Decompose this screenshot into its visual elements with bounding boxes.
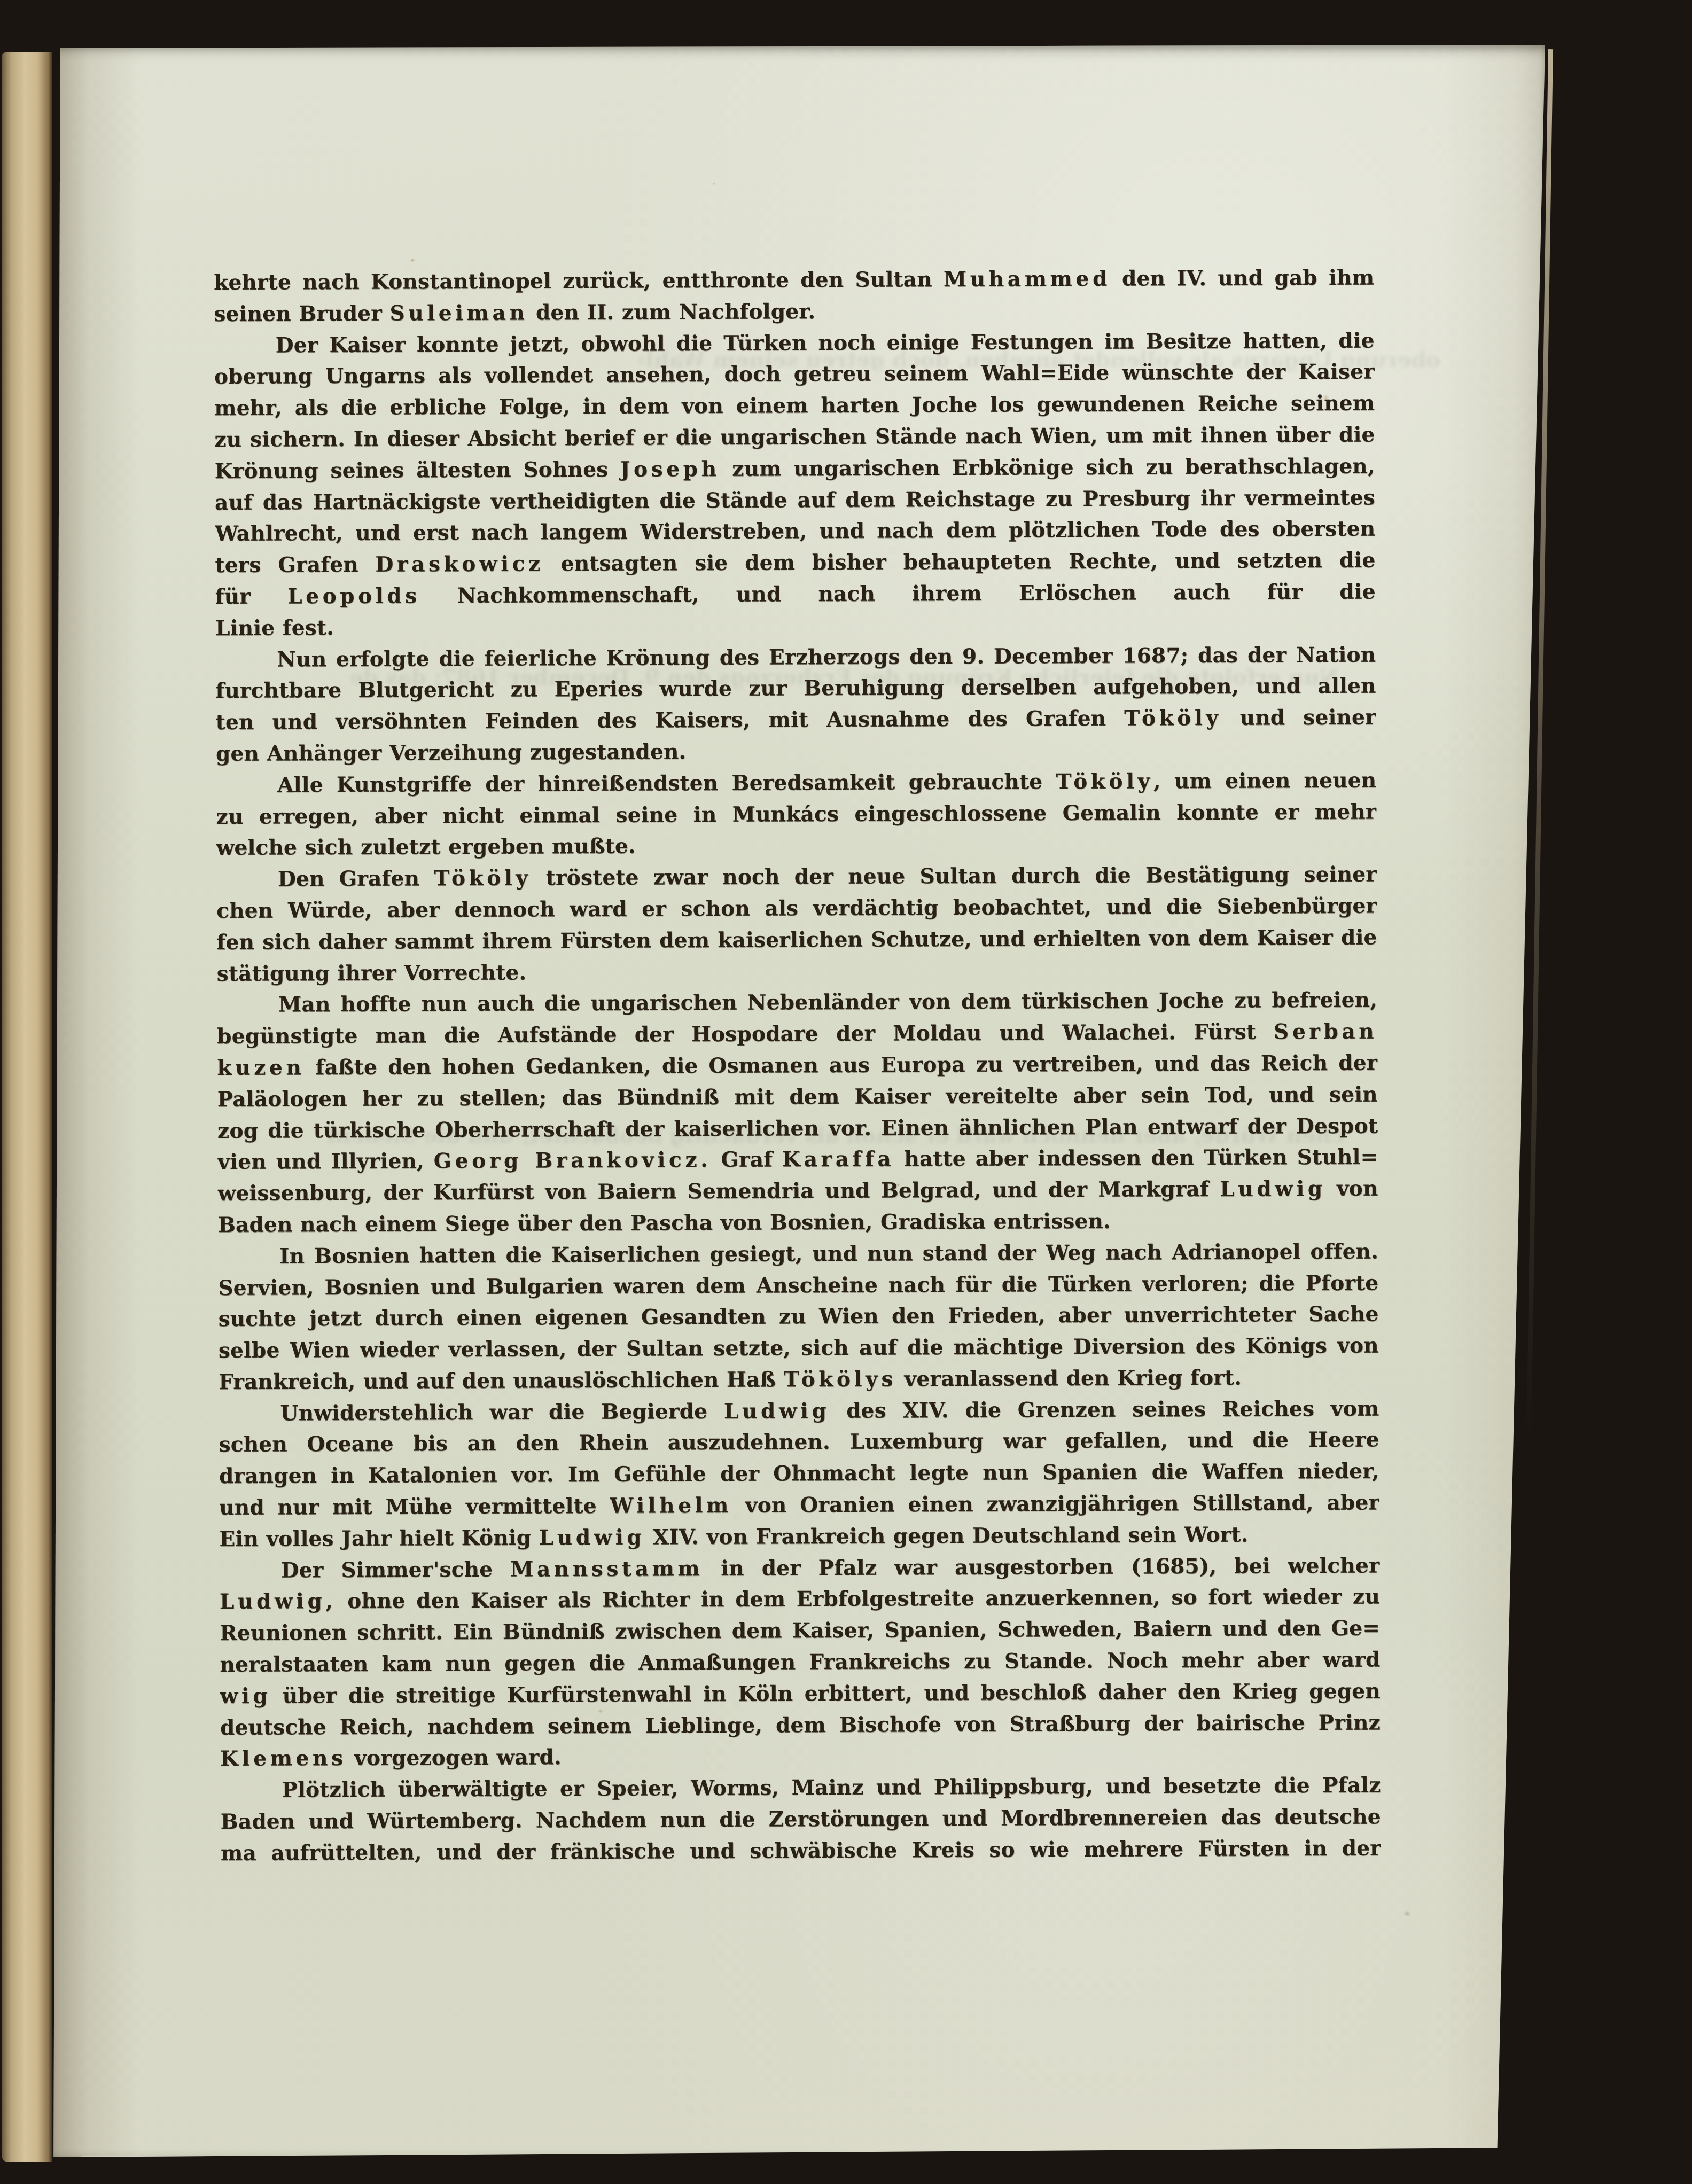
text-line: ten und versöhnten Feinden des Kaisers, … xyxy=(216,702,1376,738)
letterspaced-name: Ludwig xyxy=(539,1525,645,1550)
text-line: vien und Illyrien, Georg Brankovicz. Gra… xyxy=(217,1142,1378,1178)
text-line: weissenburg, der Kurfürst von Baiern Sem… xyxy=(217,1173,1378,1210)
text-line: Linie fest. xyxy=(215,607,1376,644)
text-segment: begünstigte man die Aufstände der Hospod… xyxy=(217,1019,1274,1049)
letterspaced-name: Tököly xyxy=(1056,769,1153,794)
text-line: Klemens vorgezogen ward. xyxy=(220,1738,1381,1775)
text-line: und nur mit Mühe vermittelte Wilhelm von… xyxy=(219,1487,1379,1524)
text-line: schen Oceane bis an den Rhein auszudehne… xyxy=(219,1424,1379,1461)
page-text: kehrte nach Konstantinopel zurück, entth… xyxy=(214,262,1381,1869)
text-line: In Bosnien hatten die Kaiserlichen gesie… xyxy=(218,1236,1378,1272)
text-segment: ters Grafen xyxy=(215,552,375,578)
text-segment: kehrte nach Konstantinopel zurück, entth… xyxy=(214,267,944,295)
text-line: für Leopolds Nachkommenschaft, und nach … xyxy=(215,576,1376,612)
text-segment: neralstaaten kam nun gegen die Anmaßunge… xyxy=(220,1648,1380,1677)
letterspaced-name: Tököly xyxy=(1124,706,1222,731)
text-segment: Den Grafen xyxy=(278,866,434,891)
letterspaced-name: Ludwig, xyxy=(220,1589,337,1614)
text-segment: weissenburg, der Kurfürst von Baiern Sem… xyxy=(217,1177,1220,1206)
text-line: zu erregen, aber nicht einmal seine in M… xyxy=(216,796,1376,832)
paragraph: Der Kaiser konnte jetzt, obwohl die Türk… xyxy=(214,325,1376,644)
letterspaced-name: Ludwig xyxy=(1220,1176,1326,1202)
text-segment: XIV. von Frankreich gegen Deutschland se… xyxy=(645,1522,1249,1549)
letterspaced-name: Georg Brankovicz. xyxy=(434,1148,712,1173)
text-line: kuzen faßte den hohen Gedanken, die Osma… xyxy=(217,1047,1377,1083)
text-segment: über die streitige Kurfürstenwahl in Köl… xyxy=(220,1679,1381,1712)
text-line: chen Würde, aber dennoch ward er schon a… xyxy=(216,890,1377,926)
text-line: Frankreich, und auf den unauslöschlichen… xyxy=(219,1361,1379,1398)
letterspaced-name: Joseph xyxy=(620,457,720,482)
letterspaced-name: Mannsstamm xyxy=(510,1556,703,1582)
text-line: Krönung seines ältesten Sohnes Joseph zu… xyxy=(215,450,1375,487)
paragraph: Der Simmer'sche Mannsstamm in der Pfalz … xyxy=(220,1550,1381,1775)
paragraph: Nun erfolgte die feierliche Krönung des … xyxy=(215,639,1376,770)
text-line: seinen Bruder Suleiman den II. zum Nachf… xyxy=(214,293,1374,330)
text-segment: vorgezogen ward. xyxy=(346,1745,561,1771)
text-line: auf das Hartnäckigste vertheidigten die … xyxy=(215,482,1375,518)
text-line: gen Anhänger Verzeihung zugestanden. xyxy=(216,733,1376,769)
text-segment: für xyxy=(215,584,288,609)
text-segment: den II. zum Nachfolger. xyxy=(528,299,815,325)
letterspaced-name: kuzen xyxy=(217,1055,305,1080)
text-line: Den Grafen Tököly tröstete zwar noch der… xyxy=(216,859,1377,895)
letterspaced-name: wig xyxy=(220,1683,271,1708)
text-line: stätigung ihrer Vorrechte. xyxy=(217,953,1377,989)
letterspaced-name: Ludwig xyxy=(724,1399,830,1424)
text-segment: Alle Kunstgriffe der hinreißendsten Bere… xyxy=(277,769,1056,797)
facing-page-edge xyxy=(2,52,52,2162)
paragraph: kehrte nach Konstantinopel zurück, entth… xyxy=(214,262,1374,330)
text-line: Nun erfolgte die feierliche Krönung des … xyxy=(215,639,1376,675)
text-line: Der Kaiser konnte jetzt, obwohl die Türk… xyxy=(214,325,1375,361)
paragraph: Man hoffte nun auch die ungarischen Nebe… xyxy=(217,985,1378,1241)
text-line: ma aufrüttelten, und der fränkische und … xyxy=(221,1832,1381,1869)
text-segment: den IV. und gab ihm xyxy=(1111,266,1375,291)
text-line: Baden und Würtemberg. Nachdem nun die Ze… xyxy=(221,1801,1381,1838)
text-segment: Der Simmer'sche xyxy=(281,1557,511,1582)
text-line: zu sichern. In dieser Absicht berief er … xyxy=(214,419,1375,456)
text-line: mehr, als die erbliche Folge, in dem von… xyxy=(214,388,1375,424)
text-line: drangen in Katalonien vor. Im Gefühle de… xyxy=(219,1456,1379,1492)
text-line: Plötzlich überwältigte er Speier, Worms,… xyxy=(220,1770,1381,1806)
text-line: Man hoffte nun auch die ungarischen Nebe… xyxy=(217,985,1377,1021)
paragraph: Den Grafen Tököly tröstete zwar noch der… xyxy=(216,859,1377,990)
scan-background: { "scan": { "background_color": "#1a1511… xyxy=(0,0,1692,2184)
letterspaced-name: Leopolds xyxy=(287,583,420,609)
text-segment: und nur mit Mühe vermittelte xyxy=(219,1494,610,1520)
text-segment: hatte aber indessen den Türken Stuhl= xyxy=(894,1145,1378,1172)
text-segment: Krönung seines ältesten Sohnes xyxy=(215,457,620,483)
text-line: Baden nach einem Siege über den Pascha v… xyxy=(218,1204,1378,1241)
text-line: suchte jetzt durch einen eigenen Gesandt… xyxy=(218,1299,1378,1335)
text-line: Unwiderstehlich war die Begierde Ludwig … xyxy=(219,1393,1379,1429)
letterspaced-name: Tököly xyxy=(434,866,532,891)
text-line: Paläologen her zu stellen; das Bündniß m… xyxy=(217,1079,1378,1115)
paragraph: In Bosnien hatten die Kaiserlichen gesie… xyxy=(218,1236,1379,1398)
letterspaced-name: Wilhelm xyxy=(610,1493,732,1518)
text-line: neralstaaten kam nun gegen die Anmaßunge… xyxy=(220,1644,1380,1681)
text-segment: vien und Illyrien, xyxy=(217,1149,434,1175)
letterspaced-name: Draskowicz xyxy=(375,551,543,576)
text-line: zog die türkische Oberherrschaft der kai… xyxy=(217,1110,1378,1146)
text-segment: Ein volles Jahr hielt König xyxy=(219,1525,539,1551)
text-line: begünstigte man die Aufstände der Hospod… xyxy=(217,1016,1377,1052)
letterspaced-name: Suleiman xyxy=(389,300,528,325)
paragraph: Unwiderstehlich war die Begierde Ludwig … xyxy=(219,1393,1379,1555)
text-segment: von xyxy=(1326,1176,1378,1201)
text-line: ters Grafen Draskowicz entsagten sie dem… xyxy=(215,545,1375,581)
letterspaced-name: Karaffa xyxy=(782,1147,894,1172)
text-line: fen sich daher sammt ihrem Fürsten dem k… xyxy=(216,922,1377,958)
text-line: furchtbare Blutgericht zu Eperies wurde … xyxy=(215,670,1376,707)
text-line: oberung Ungarns als vollendet ansehen, d… xyxy=(214,356,1375,393)
text-line: Wahlrecht, und erst nach langem Widerstr… xyxy=(215,513,1375,550)
text-line: Ludwig, ohne den Kaiser als Richter in d… xyxy=(220,1581,1380,1618)
text-segment: faßte den hohen Gedanken, die Osmanen au… xyxy=(305,1050,1377,1080)
text-line: Alle Kunstgriffe der hinreißendsten Bere… xyxy=(216,765,1376,801)
text-segment: deutsche Reich, nachdem seinem Lieblinge… xyxy=(220,1710,1381,1740)
text-segment: ten und versöhnten Feinden des Kaisers, … xyxy=(216,706,1125,735)
text-segment: veranlassend den Krieg fort. xyxy=(896,1366,1242,1392)
text-segment: ohne den Kaiser als Richter in dem Erbfo… xyxy=(220,1585,1380,1618)
letterspaced-name: Klemens xyxy=(220,1746,347,1771)
text-segment: Unwiderstehlich war die Begierde xyxy=(280,1399,724,1426)
text-line: kehrte nach Konstantinopel zurück, entth… xyxy=(214,262,1374,299)
text-line: Servien, Bosnien und Bulgarien waren dem… xyxy=(218,1267,1378,1304)
text-line: deutsche Reich, nachdem seinem Lieblinge… xyxy=(220,1707,1381,1743)
text-line: Der Simmer'sche Mannsstamm in der Pfalz … xyxy=(220,1550,1380,1586)
text-line: wig über die streitige Kurfürstenwahl in… xyxy=(220,1675,1381,1712)
letterspaced-name: Muhammed xyxy=(944,267,1111,292)
text-line: Reunionen schritt. Ein Bündniß zwischen … xyxy=(220,1613,1380,1649)
text-line: welche sich zuletzt ergeben mußte. xyxy=(216,828,1377,864)
text-segment: Graf xyxy=(711,1148,782,1173)
text-line: selbe Wien wieder verlassen, der Sultan … xyxy=(219,1330,1379,1367)
text-segment: seinen Bruder xyxy=(214,301,389,326)
text-line: Ein volles Jahr hielt König Ludwig XIV. … xyxy=(219,1518,1379,1555)
paragraph: Plötzlich überwältigte er Speier, Worms,… xyxy=(220,1770,1381,1869)
letterspaced-name: Tökölys xyxy=(784,1367,896,1392)
text-segment: Frankreich, und auf den unauslöschlichen… xyxy=(219,1367,784,1394)
paragraph: Alle Kunstgriffe der hinreißendsten Bere… xyxy=(216,765,1377,864)
book-page: oberung Ungarns als vollendet ansehen, d… xyxy=(51,45,1545,2160)
